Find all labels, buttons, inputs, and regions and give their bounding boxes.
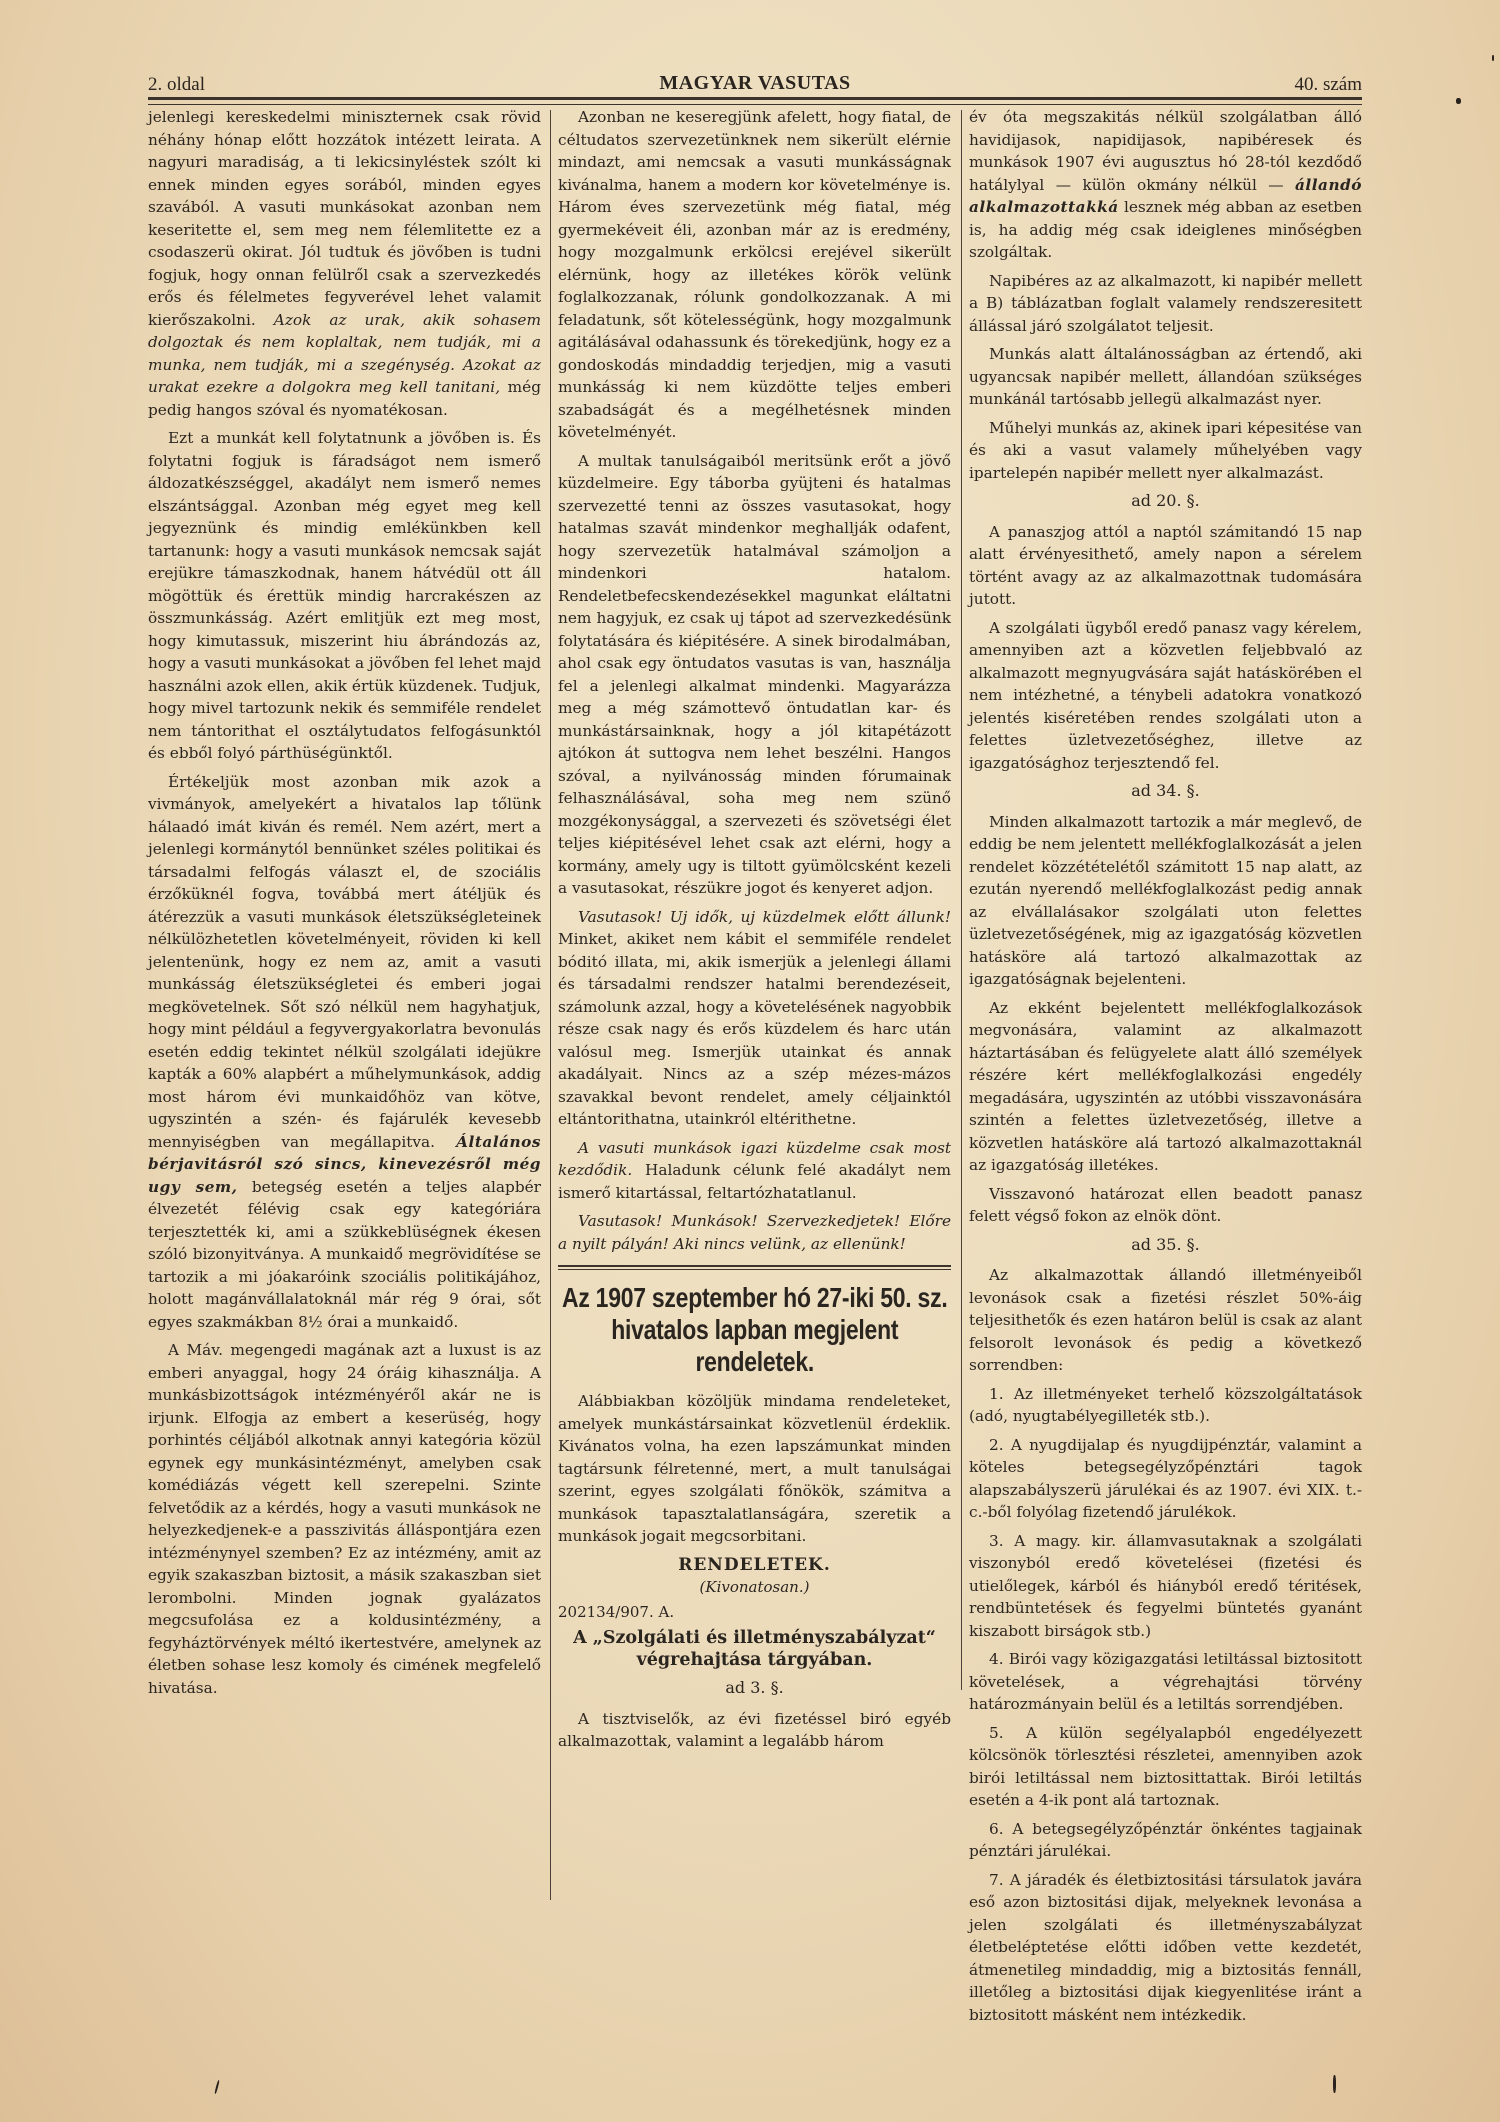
paragraph: Vasutasok! Uj idők, uj küzdelmek előtt á… (558, 906, 951, 1131)
section-label: ad 20. §. (969, 490, 1362, 513)
decree-reference: 202134/907. A. (558, 1601, 951, 1624)
paragraph: év óta megszakitás nélkül szolgálatban á… (969, 106, 1362, 264)
article-headline: Az 1907 szeptember hó 27-iki 50. sz. hiv… (558, 1282, 951, 1378)
emphasis: Vasutasok! Uj idők, uj küzdelmek előtt á… (578, 908, 951, 926)
paragraph: jelenlegi kereskedelmi miniszternek csak… (148, 106, 541, 421)
section-title: RENDELETEK. (558, 1554, 951, 1577)
list-item: 1. Az illetményeket terhelő közszolgálta… (969, 1383, 1362, 1428)
paragraph: Értékeljük most azonban mik azok a vivmá… (148, 771, 541, 1334)
list-item: 5. A külön segélyalapból engedélyezett k… (969, 1722, 1362, 1812)
column-1: jelenlegi kereskedelmi miniszternek csak… (148, 106, 541, 1705)
issue-number: 40. szám (1294, 74, 1362, 96)
paragraph: Napibéres az az alkalmazott, ki napibér … (969, 270, 1362, 338)
paragraph: A tisztviselők, az évi fizetéssel biró e… (558, 1708, 951, 1753)
list-item: 6. A betegsegélyzőpénztár önkéntes tagja… (969, 1818, 1362, 1863)
paragraph: A Máv. megengedi magának azt a luxust is… (148, 1339, 541, 1699)
list-item: 4. Birói vagy közigazgatási letiltással … (969, 1648, 1362, 1716)
column-divider (961, 110, 962, 1690)
newspaper-title: MAGYAR VASUTAS (148, 72, 1362, 95)
list-item: 2. A nyugdijalap és nyugdijpénztár, vala… (969, 1434, 1362, 1524)
paragraph: Az ekként bejelentett mellékfoglalkozáso… (969, 997, 1362, 1177)
paragraph: A panaszjog attól a naptól számitandó 15… (969, 521, 1362, 611)
paragraph: Az alkalmazottak állandó illetményeiből … (969, 1264, 1362, 1377)
paragraph: Ezt a munkát kell folytatnunk a jövőben … (148, 427, 541, 765)
closing-slogan: Vasutasok! Munkások! Szervezkedjetek! El… (558, 1210, 951, 1255)
scan-speck (1456, 98, 1461, 104)
decree-title: A „Szolgálati és illetményszabályzat“ vé… (558, 1627, 951, 1671)
column-3: év óta megszakitás nélkül szolgálatban á… (969, 106, 1362, 2032)
paragraph: A vasuti munkások igazi küzdelme csak mo… (558, 1137, 951, 1205)
list-item: 7. A járadék és életbiztositási társulat… (969, 1869, 1362, 2027)
article-separator (558, 1265, 951, 1270)
paragraph: Alábbiakban közöljük mindama rendeleteke… (558, 1390, 951, 1548)
section-label: ad 3. §. (558, 1677, 951, 1700)
paragraph: Műhelyi munkás az, akinek ipari képesité… (969, 417, 1362, 485)
column-divider (550, 110, 551, 1900)
scan-speck (1333, 2075, 1336, 2093)
paragraph: A szolgálati ügyből eredő panasz vagy ké… (969, 617, 1362, 775)
masthead: 2. oldal MAGYAR VASUTAS 40. szám (148, 68, 1362, 98)
scan-speck (214, 2080, 220, 2094)
section-label: ad 34. §. (969, 780, 1362, 803)
section-label: ad 35. §. (969, 1234, 1362, 1257)
paragraph: A multak tanulságaiból meritsünk erőt a … (558, 450, 951, 900)
paragraph: Visszavonó határozat ellen beadott panas… (969, 1183, 1362, 1228)
paragraph: Minden alkalmazott tartozik a már meglev… (969, 811, 1362, 991)
paragraph: Munkás alatt általánosságban az értendő,… (969, 343, 1362, 411)
scan-speck (1492, 55, 1494, 61)
column-2: Azonban ne keseregjünk afelett, hogy fia… (558, 106, 951, 1759)
list-item: 3. A magy. kir. államvasutaknak a szolgá… (969, 1530, 1362, 1643)
masthead-rule (148, 97, 1362, 105)
section-note: (Kivonatosan.) (558, 1576, 951, 1599)
paragraph: Azonban ne keseregjünk afelett, hogy fia… (558, 106, 951, 444)
